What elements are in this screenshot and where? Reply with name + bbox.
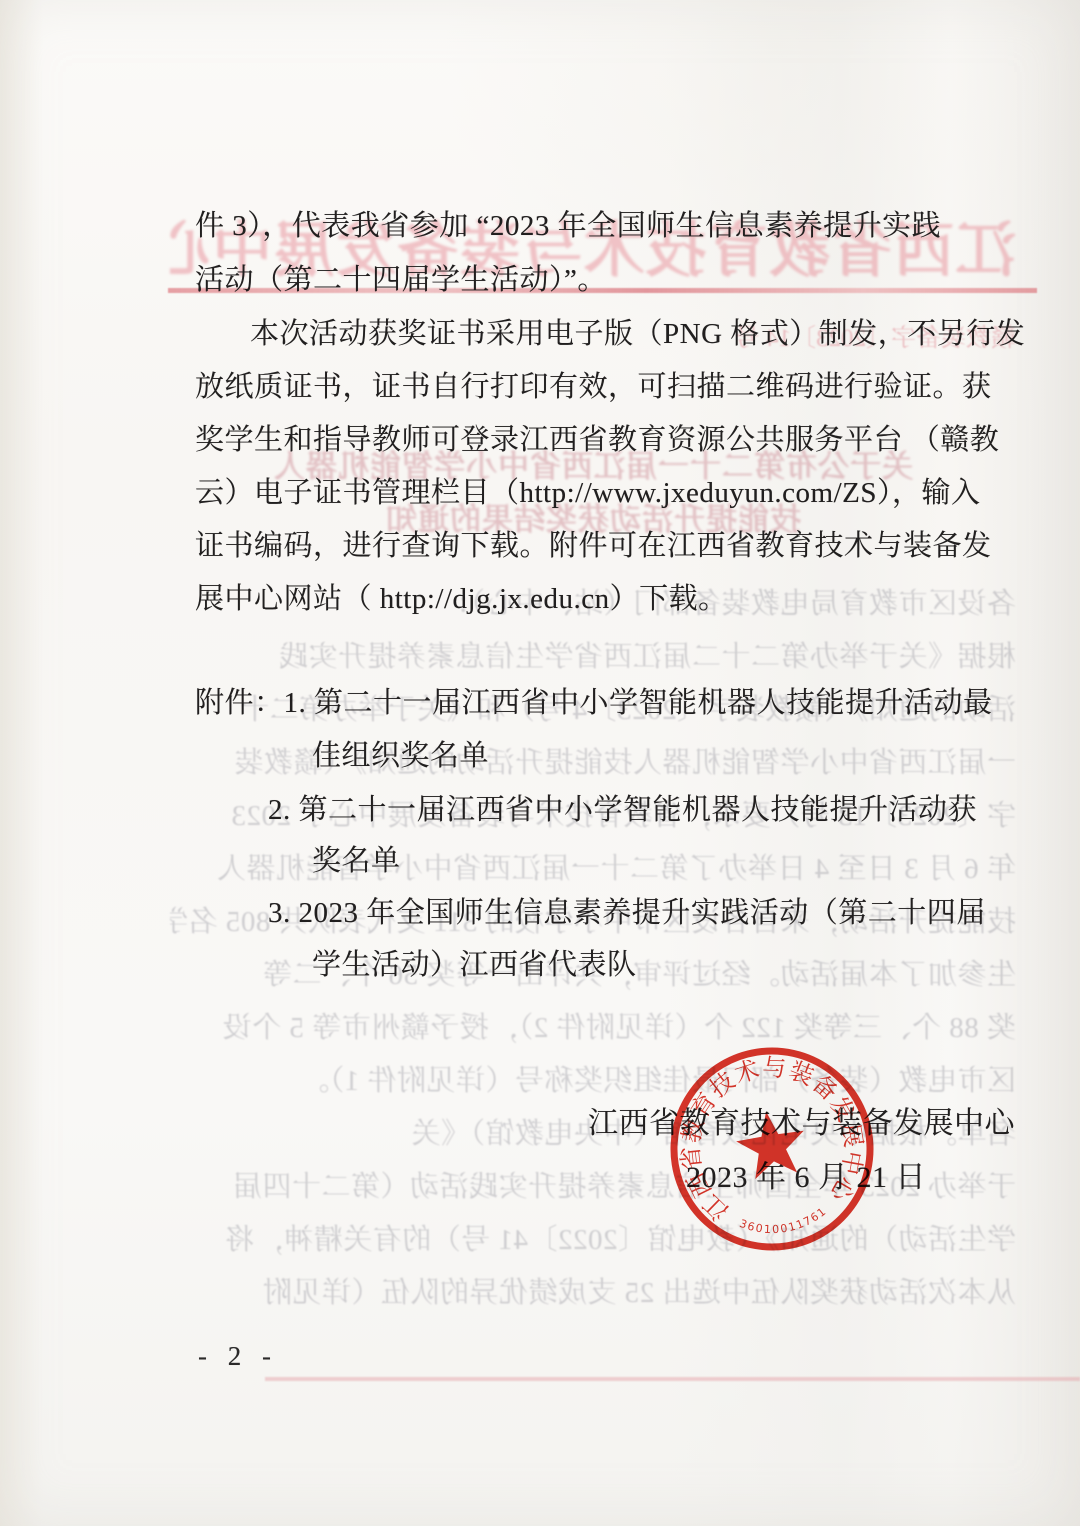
document-content: 件 3），代表我省参加 “2023 年全国师生信息素养提升实践 活动（第二十四届…: [0, 0, 1080, 1526]
body-line: 云）电子证书管理栏目（http://www.jxeduyun.com/ZS），输…: [195, 470, 981, 511]
seal-star-icon: [732, 1106, 810, 1181]
page-number: - 2 -: [198, 1341, 278, 1372]
body-line: 证书编码，进行查询下载。附件可在江西省教育技术与装备发: [195, 523, 992, 564]
body-line: 活动（第二十四届学生活动）”。: [195, 257, 607, 298]
scanned-document-page: 江西省教育技术与装备发展中心 赣教装备字〔2023〕14 号 关于公布第二十一届…: [0, 0, 1080, 1526]
official-seal: 江西省教育技术与装备发展中心 3601001176113: [643, 1020, 902, 1279]
attachment-line: 学生活动）江西省代表队: [312, 942, 637, 983]
attachment-line: 附件：1. 第二十一届江西省中小学智能机器人技能提升活动最: [195, 680, 993, 721]
body-line: 放纸质证书，证书自行打印有效，可扫描二维码进行验证。获: [195, 364, 992, 405]
body-line: 本次活动获奖证书采用电子版（PNG 格式）制发，不另行发: [250, 311, 1025, 352]
body-line: 件 3），代表我省参加 “2023 年全国师生信息素养提升实践: [195, 203, 941, 244]
body-line: 展中心网站（ http://djg.jx.edu.cn）下载。: [195, 576, 728, 617]
attachment-line: 佳组织奖名单: [312, 733, 489, 774]
attachment-line: 奖名单: [312, 838, 401, 879]
attachment-line: 3. 2023 年全国师生信息素养提升实践活动（第二十四届: [268, 890, 986, 931]
attachment-line: 2. 第二十一届江西省中小学智能机器人技能提升活动获: [268, 787, 977, 828]
body-line: 奖学生和指导教师可登录江西省教育资源公共服务平台 （赣教: [195, 417, 999, 458]
